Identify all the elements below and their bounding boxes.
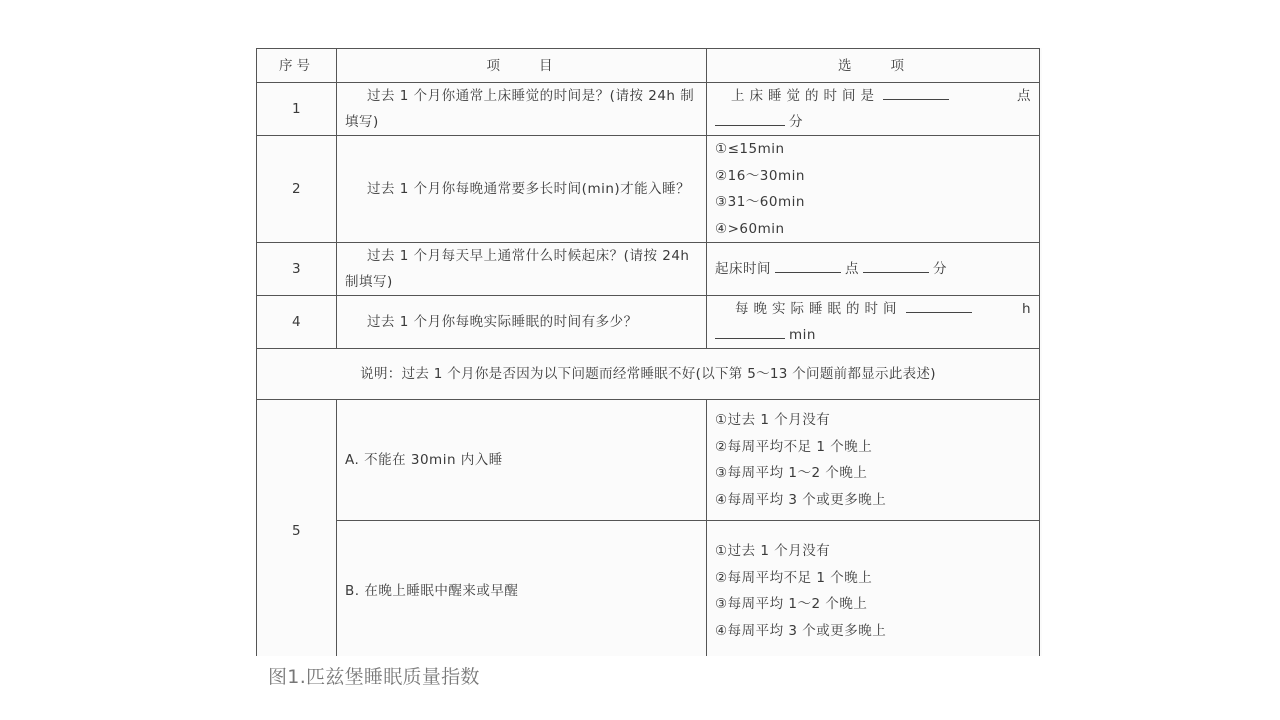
question-text: 过去 1 个月你通常上床睡觉的时间是？(请按 24h 制填写) bbox=[337, 83, 707, 136]
row-number: 5 bbox=[257, 400, 337, 657]
fill-blank-minute bbox=[863, 258, 929, 273]
fill-blank-hour bbox=[906, 298, 972, 313]
table-note-row: 说明：过去 1 个月你是否因为以下问题而经常睡眠不好(以下第 5～13 个问题前… bbox=[257, 349, 1040, 400]
option-item: ①≤15min bbox=[715, 136, 1031, 163]
fill-blank-hour bbox=[883, 85, 949, 100]
answer-cell: 上床睡觉的时间是点 分 bbox=[707, 83, 1040, 136]
options-cell: ①过去 1 个月没有 ②每周平均不足 1 个晚上 ③每周平均 1～2 个晚上 ④… bbox=[707, 521, 1040, 657]
option-item: ②16～30min bbox=[715, 163, 1031, 190]
answer-cell: 起床时间点分 bbox=[707, 243, 1040, 296]
question-text: A. 不能在 30min 内入睡 bbox=[337, 400, 707, 521]
answer-cell: 每晚实际睡眠的时间h min bbox=[707, 296, 1040, 349]
options-cell: ①≤15min ②16～30min ③31～60min ④>60min bbox=[707, 136, 1040, 243]
figure-caption: 图1.匹兹堡睡眠质量指数 bbox=[268, 662, 480, 689]
row-number: 3 bbox=[257, 243, 337, 296]
table-row: 2 过去 1 个月你每晚通常要多长时间(min)才能入睡？ ①≤15min ②1… bbox=[257, 136, 1040, 243]
row-number: 2 bbox=[257, 136, 337, 243]
option-item: ④每周平均 3 个或更多晚上 bbox=[715, 487, 1031, 514]
table-row: 4 过去 1 个月你每晚实际睡眠的时间有多少？ 每晚实际睡眠的时间h min bbox=[257, 296, 1040, 349]
table-row: 1 过去 1 个月你通常上床睡觉的时间是？(请按 24h 制填写) 上床睡觉的时… bbox=[257, 83, 1040, 136]
question-text: 过去 1 个月你每晚通常要多长时间(min)才能入睡？ bbox=[337, 136, 707, 243]
answer-prefix: 上床睡觉的时间是 bbox=[715, 88, 879, 104]
option-item: ①过去 1 个月没有 bbox=[715, 538, 1031, 565]
option-item: ③31～60min bbox=[715, 189, 1031, 216]
answer-prefix: 每晚实际睡眠的时间 bbox=[715, 301, 902, 317]
option-item: ②每周平均不足 1 个晚上 bbox=[715, 434, 1031, 461]
header-number: 序号 bbox=[257, 49, 337, 83]
option-item: ④每周平均 3 个或更多晚上 bbox=[715, 618, 1031, 645]
question-text: 过去 1 个月每天早上通常什么时候起床？(请按 24h 制填写) bbox=[337, 243, 707, 296]
fill-blank-minute bbox=[715, 324, 785, 339]
question-text: 过去 1 个月你每晚实际睡眠的时间有多少？ bbox=[337, 296, 707, 349]
unit-minute: 分 bbox=[933, 261, 947, 277]
option-item: ④>60min bbox=[715, 216, 1031, 243]
fill-blank-minute bbox=[715, 111, 785, 126]
unit-minute: min bbox=[789, 327, 816, 343]
table-row: B. 在晚上睡眠中醒来或早醒 ①过去 1 个月没有 ②每周平均不足 1 个晚上 … bbox=[257, 521, 1040, 657]
table-row: 3 过去 1 个月每天早上通常什么时候起床？(请按 24h 制填写) 起床时间点… bbox=[257, 243, 1040, 296]
unit-hour: 点 bbox=[845, 261, 859, 277]
question-text: B. 在晚上睡眠中醒来或早醒 bbox=[337, 521, 707, 657]
options-cell: ①过去 1 个月没有 ②每周平均不足 1 个晚上 ③每周平均 1～2 个晚上 ④… bbox=[707, 400, 1040, 521]
fill-blank-hour bbox=[775, 258, 841, 273]
unit-hour: h bbox=[1022, 296, 1031, 322]
header-options: 选 项 bbox=[707, 49, 1040, 83]
table-header-row: 序号 项 目 选 项 bbox=[257, 49, 1040, 83]
unit-hour: 点 bbox=[1017, 83, 1031, 109]
table-row: 5 A. 不能在 30min 内入睡 ①过去 1 个月没有 ②每周平均不足 1 … bbox=[257, 400, 1040, 521]
option-item: ②每周平均不足 1 个晚上 bbox=[715, 565, 1031, 592]
row-number: 4 bbox=[257, 296, 337, 349]
header-item: 项 目 bbox=[337, 49, 707, 83]
option-item: ①过去 1 个月没有 bbox=[715, 407, 1031, 434]
option-item: ③每周平均 1～2 个晚上 bbox=[715, 591, 1031, 618]
answer-prefix: 起床时间 bbox=[715, 261, 771, 277]
option-item: ③每周平均 1～2 个晚上 bbox=[715, 460, 1031, 487]
unit-minute: 分 bbox=[789, 114, 803, 130]
psqi-table: 序号 项 目 选 项 1 过去 1 个月你通常上床睡觉的时间是？(请按 24h … bbox=[256, 48, 1040, 656]
note-text: 说明：过去 1 个月你是否因为以下问题而经常睡眠不好(以下第 5～13 个问题前… bbox=[257, 349, 1040, 400]
row-number: 1 bbox=[257, 83, 337, 136]
psqi-table-image: 序号 项 目 选 项 1 过去 1 个月你通常上床睡觉的时间是？(请按 24h … bbox=[256, 48, 1042, 656]
